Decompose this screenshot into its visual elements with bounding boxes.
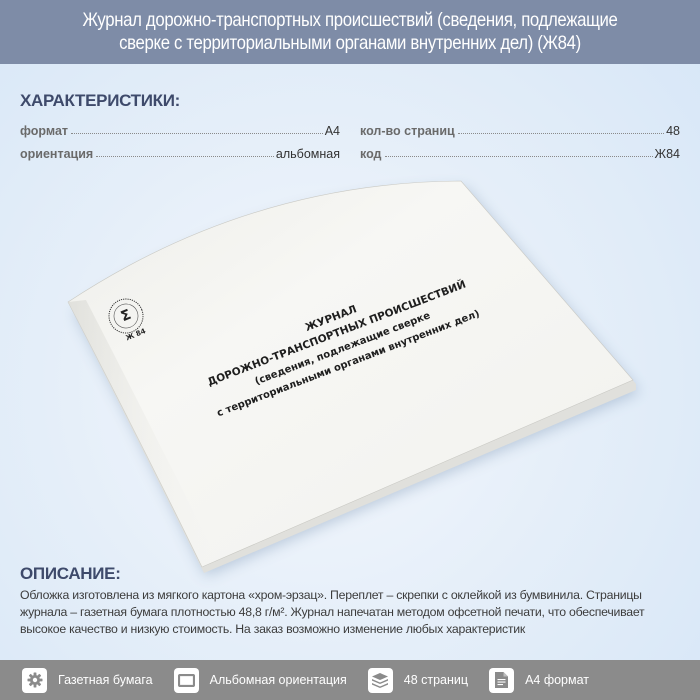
cover-line-2: ДОРОЖНО-ТРАНСПОРТНЫХ ПРОИСШЕСТВИЙ [206,278,468,389]
feature-label: 48 страниц [404,673,468,687]
document-icon [489,668,514,693]
landscape-icon [174,668,199,693]
publisher-logo: Σ Ж 84 [104,294,151,346]
description-heading: ОПИСАНИЕ: [20,564,121,584]
dot-leader [71,133,323,134]
spec-value: Ж84 [653,147,680,161]
svg-text:Σ: Σ [119,307,134,325]
layers-icon [368,668,393,693]
spec-label: формат [20,124,71,138]
feature-label: Альбомная ориентация [210,673,347,687]
spec-row-orientation: ориентация альбомная [20,143,340,161]
spec-label: код [360,147,385,161]
feature-bar: Газетная бумага Альбомная ориентация 48 … [0,660,700,700]
title-line-2: сверке с территориальными органами внутр… [49,32,651,55]
spec-row-format: формат А4 [20,120,340,138]
cover-line-4: с территориальными органами внутренних д… [216,308,482,419]
characteristics-heading: ХАРАКТЕРИСТИКИ: [20,91,180,111]
cover-line-3: (сведения, подлежащие сверке [253,310,432,387]
spec-row-code: код Ж84 [360,143,680,161]
feature-pages: 48 страниц [368,668,468,693]
description-text: Обложка изготовлена из мягкого картона «… [20,587,685,638]
feature-paper: Газетная бумага [22,668,153,693]
feature-label: А4 формат [525,673,589,687]
feature-orientation: Альбомная ориентация [174,668,347,693]
feature-label: Газетная бумага [58,673,153,687]
spec-value: 48 [664,124,680,138]
feature-format: А4 формат [489,668,589,693]
dot-leader [458,133,664,134]
page-header: Журнал дорожно-транспортных происшествий… [0,0,700,64]
dot-leader [385,156,653,157]
spec-label: кол-во страниц [360,124,458,138]
spec-row-pages: кол-во страниц 48 [360,120,680,138]
spec-value: А4 [323,124,340,138]
cover-line-1: ЖУРНАЛ [304,303,359,334]
spec-value: альбомная [274,147,340,161]
svg-text:Ж 84: Ж 84 [125,327,147,342]
gear-icon [22,668,47,693]
dot-leader [96,156,274,157]
page-title: Журнал дорожно-транспортных происшествий… [49,9,651,55]
title-line-1: Журнал дорожно-транспортных происшествий… [49,9,651,32]
spec-label: ориентация [20,147,96,161]
